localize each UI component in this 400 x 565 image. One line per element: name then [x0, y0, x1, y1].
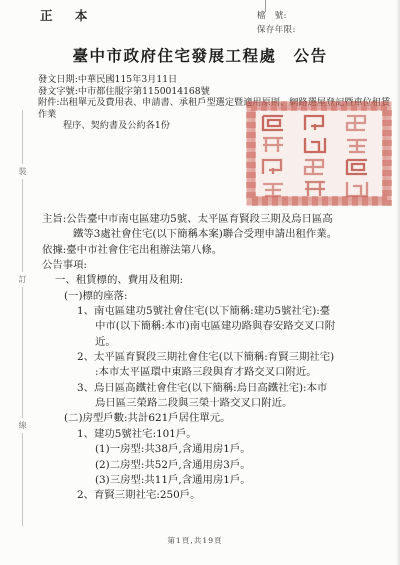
body-line-item1-2: (二)房型戶數:共計621戶居住單元。 — [0, 411, 396, 426]
body-line-subject-cont: 鐵等3處社會住宅(以下簡稱本案)聯合受理申請出租作業。 — [0, 227, 396, 242]
document-meta: 發文日期:中華民國115年3月11日 發文字號:中市都住服字第115001416… — [38, 74, 396, 132]
body-line-item1-1: (一)標的座落: — [0, 289, 396, 304]
document-page: 正 本 檔 號: 保存年限: 臺中市政府住宅發展工程處 公告 發文日期:中華民國… — [0, 0, 400, 565]
body-line-item1: 一、租賃標的、費用及租期: — [0, 273, 396, 288]
attachment-line: 附件:出租單元及費用表、申請書、承租戶型選定暨適用原則、網路選屋登記暨車位租賃作… — [38, 97, 396, 120]
issue-date-line: 發文日期:中華民國115年3月11日 — [38, 74, 396, 86]
body-line-matters: 公告事項: — [0, 258, 396, 273]
file-number-label: 檔 號: — [257, 9, 367, 23]
body-line-site1-cont: 中市(以下簡稱:本市)南屯區建功路與春安路交叉口附 — [0, 319, 396, 334]
binding-mark-xian: 線 — [17, 418, 28, 433]
reference-number-line: 發文字號:中市都住服字第1150014168號 — [38, 86, 396, 98]
document-title: 臺中市政府住宅發展工程處 公告 — [0, 44, 400, 66]
body-line-site1: 1、南屯區建功5號社會住宅(以下簡稱:建功5號社宅):臺 — [0, 304, 396, 319]
page-number-footer: 第1頁,共19頁 — [0, 535, 390, 546]
body-line-units1: 1、建功5號社宅:101戶。 — [0, 427, 396, 442]
attachment-line-cont: 程序、契約書及公約各1份 — [38, 120, 396, 132]
binding-mark-zhuang: 裝 — [17, 164, 28, 179]
body-line-units1-b: (2)二房型:共52戶,含通用房3戶。 — [0, 458, 396, 473]
body-line-site3: 3、烏日區高鐵社會住宅(以下簡稱:烏日高鐵社宅):本市 — [0, 381, 396, 396]
body-line-units1-c: (3)三房型:共11戶,含通用房1戶。 — [0, 473, 396, 488]
copy-type-label: 正 本 — [40, 6, 96, 24]
archive-header: 檔 號: 保存年限: — [257, 9, 367, 36]
body-line-site2: 2、太平區育賢段三期社會住宅(以下簡稱:育賢三期社宅) — [0, 350, 396, 365]
body-line-site2-cont: :本市太平區環中東路三段與育才路交叉口附近。 — [0, 365, 396, 380]
body-line-units1-a: (1)一房型:共38戶,含通用房1戶。 — [0, 442, 396, 457]
retention-period-label: 保存年限: — [257, 23, 367, 37]
body-line-site1-cont2: 近。 — [0, 335, 396, 350]
body-line-site3-cont: 烏日區三榮路二段與三榮十路交叉口附近。 — [0, 396, 396, 411]
scan-edge-shadow — [396, 0, 400, 565]
body-line-basis: 依據:臺中市社會住宅出租辦法第八條。 — [0, 243, 396, 258]
body-line-subject: 主旨:公告臺中市南屯區建功5號、太平區育賢段三期及烏日區高 — [0, 212, 396, 227]
announcement-body: 主旨:公告臺中市南屯區建功5號、太平區育賢段三期及烏日區高 鐵等3處社會住宅(以… — [0, 212, 396, 504]
binding-mark-ding: 訂 — [17, 272, 28, 287]
body-line-units2: 2、育賢三期社宅:250戶。 — [0, 488, 396, 503]
